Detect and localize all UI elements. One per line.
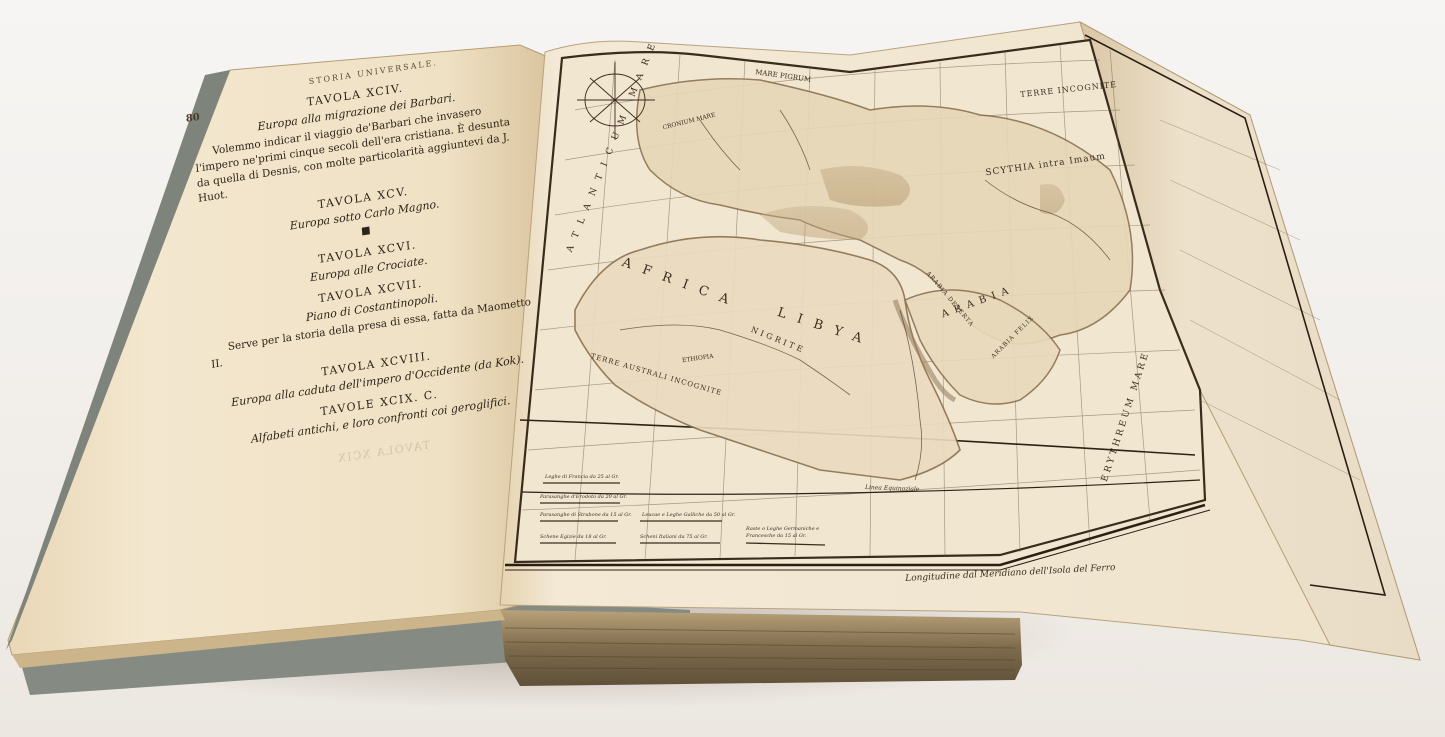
scale-label: Parasanghe di Strabone da 15 al Gr.	[540, 512, 632, 518]
scale-label: Raste o Leghe Germaniche e Francesche da…	[746, 526, 836, 540]
page-number: 80	[185, 112, 200, 125]
page-block	[500, 610, 1022, 686]
scale-label: Leghe di Francia da 25 al Gr.	[545, 474, 619, 480]
scale-label: Schene Egizie da 18 al Gr.	[540, 534, 607, 540]
scale-label: Scheni Italiani da 75 al Gr.	[640, 534, 708, 540]
scale-label: Parasanghe d'Erodoto da 20 al Gr.	[540, 494, 627, 500]
scale-label: Leucae e Leghe Galliche da 50 al Gr.	[642, 512, 735, 518]
left-page-text: STORIA UNIVERSALE. 80 TAVOLA XCIV. Europ…	[190, 46, 547, 484]
